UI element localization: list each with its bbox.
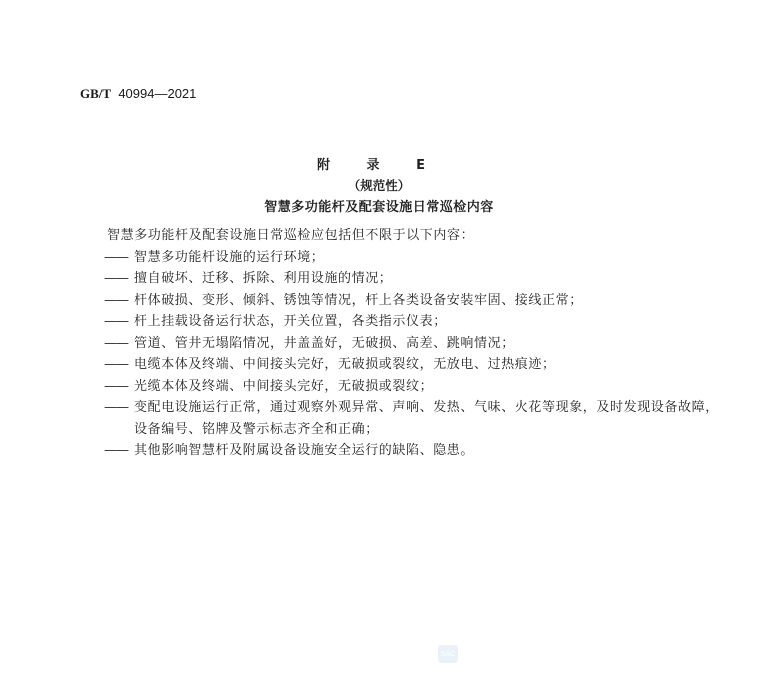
list-item-text: 管道、管井无塌陷情况，井盖盖好，无破损、高差、跳响情况； [134, 336, 515, 351]
list-item-text: 变配电设施运行正常，通过观察外观异常、声响、发热、气味、火花等现象，及时发现设备… [134, 400, 719, 415]
list-item-text: 杆上挂载设备运行状态，开关位置，各类指示仪表； [134, 314, 447, 329]
em-dash: —— [104, 377, 134, 397]
intro-paragraph: 智慧多功能杆及配套设施日常巡检应包括但不限于以下内容： [107, 226, 474, 246]
annex-type: （规范性） [0, 176, 758, 194]
em-dash: —— [104, 441, 134, 461]
list-item-continuation: 设备编号、铭牌及警示标志齐全和正确； [134, 420, 379, 440]
list-item-text: 智慧多功能杆设施的运行环境； [134, 250, 324, 265]
list-item-text: 光缆本体及终端、中间接头完好，无破损或裂纹； [134, 379, 433, 394]
standard-header: GB/T 40994—2021 [80, 86, 196, 102]
em-dash: —— [104, 248, 134, 268]
em-dash: —— [104, 355, 134, 375]
standard-number: 40994—2021 [118, 86, 196, 101]
em-dash: —— [104, 291, 134, 311]
em-dash: —— [104, 398, 134, 418]
list-item: ——杆体破损、变形、倾斜、锈蚀等情况，杆上各类设备安装牢固、接线正常； [104, 291, 583, 311]
list-item-text: 其他影响智慧杆及附属设备设施安全运行的缺陷、隐患。 [134, 443, 474, 458]
list-item: ——杆上挂载设备运行状态，开关位置，各类指示仪表； [104, 312, 447, 332]
list-item: ——管道、管井无塌陷情况，井盖盖好，无破损、高差、跳响情况； [104, 334, 515, 354]
list-item: ——电缆本体及终端、中间接头完好，无破损或裂纹，无放电、过热痕迹； [104, 355, 556, 375]
list-item: ——智慧多功能杆设施的运行环境； [104, 248, 324, 268]
em-dash: —— [104, 269, 134, 289]
document-page: GB/T 40994—2021 附 录 E （规范性） 智慧多功能杆及配套设施日… [0, 0, 758, 695]
em-dash: —— [104, 312, 134, 332]
list-item-text: 电缆本体及终端、中间接头完好，无破损或裂纹，无放电、过热痕迹； [134, 357, 556, 372]
standard-code: GB/T [80, 86, 111, 101]
list-item: ——光缆本体及终端、中间接头完好，无破损或裂纹； [104, 377, 433, 397]
annex-heading: 智慧多功能杆及配套设施日常巡检内容 [0, 196, 758, 215]
list-item: ——其他影响智慧杆及附属设备设施安全运行的缺陷、隐患。 [104, 441, 474, 461]
annex-title: 附 录 E [0, 154, 758, 173]
sac-watermark-logo: SAC [438, 645, 458, 663]
list-item: ——擅自破坏、迁移、拆除、利用设施的情况； [104, 269, 392, 289]
em-dash: —— [104, 334, 134, 354]
list-item: ——变配电设施运行正常，通过观察外观异常、声响、发热、气味、火花等现象，及时发现… [104, 398, 719, 418]
list-item-text: 杆体破损、变形、倾斜、锈蚀等情况，杆上各类设备安装牢固、接线正常； [134, 293, 583, 308]
list-item-text: 擅自破坏、迁移、拆除、利用设施的情况； [134, 271, 392, 286]
